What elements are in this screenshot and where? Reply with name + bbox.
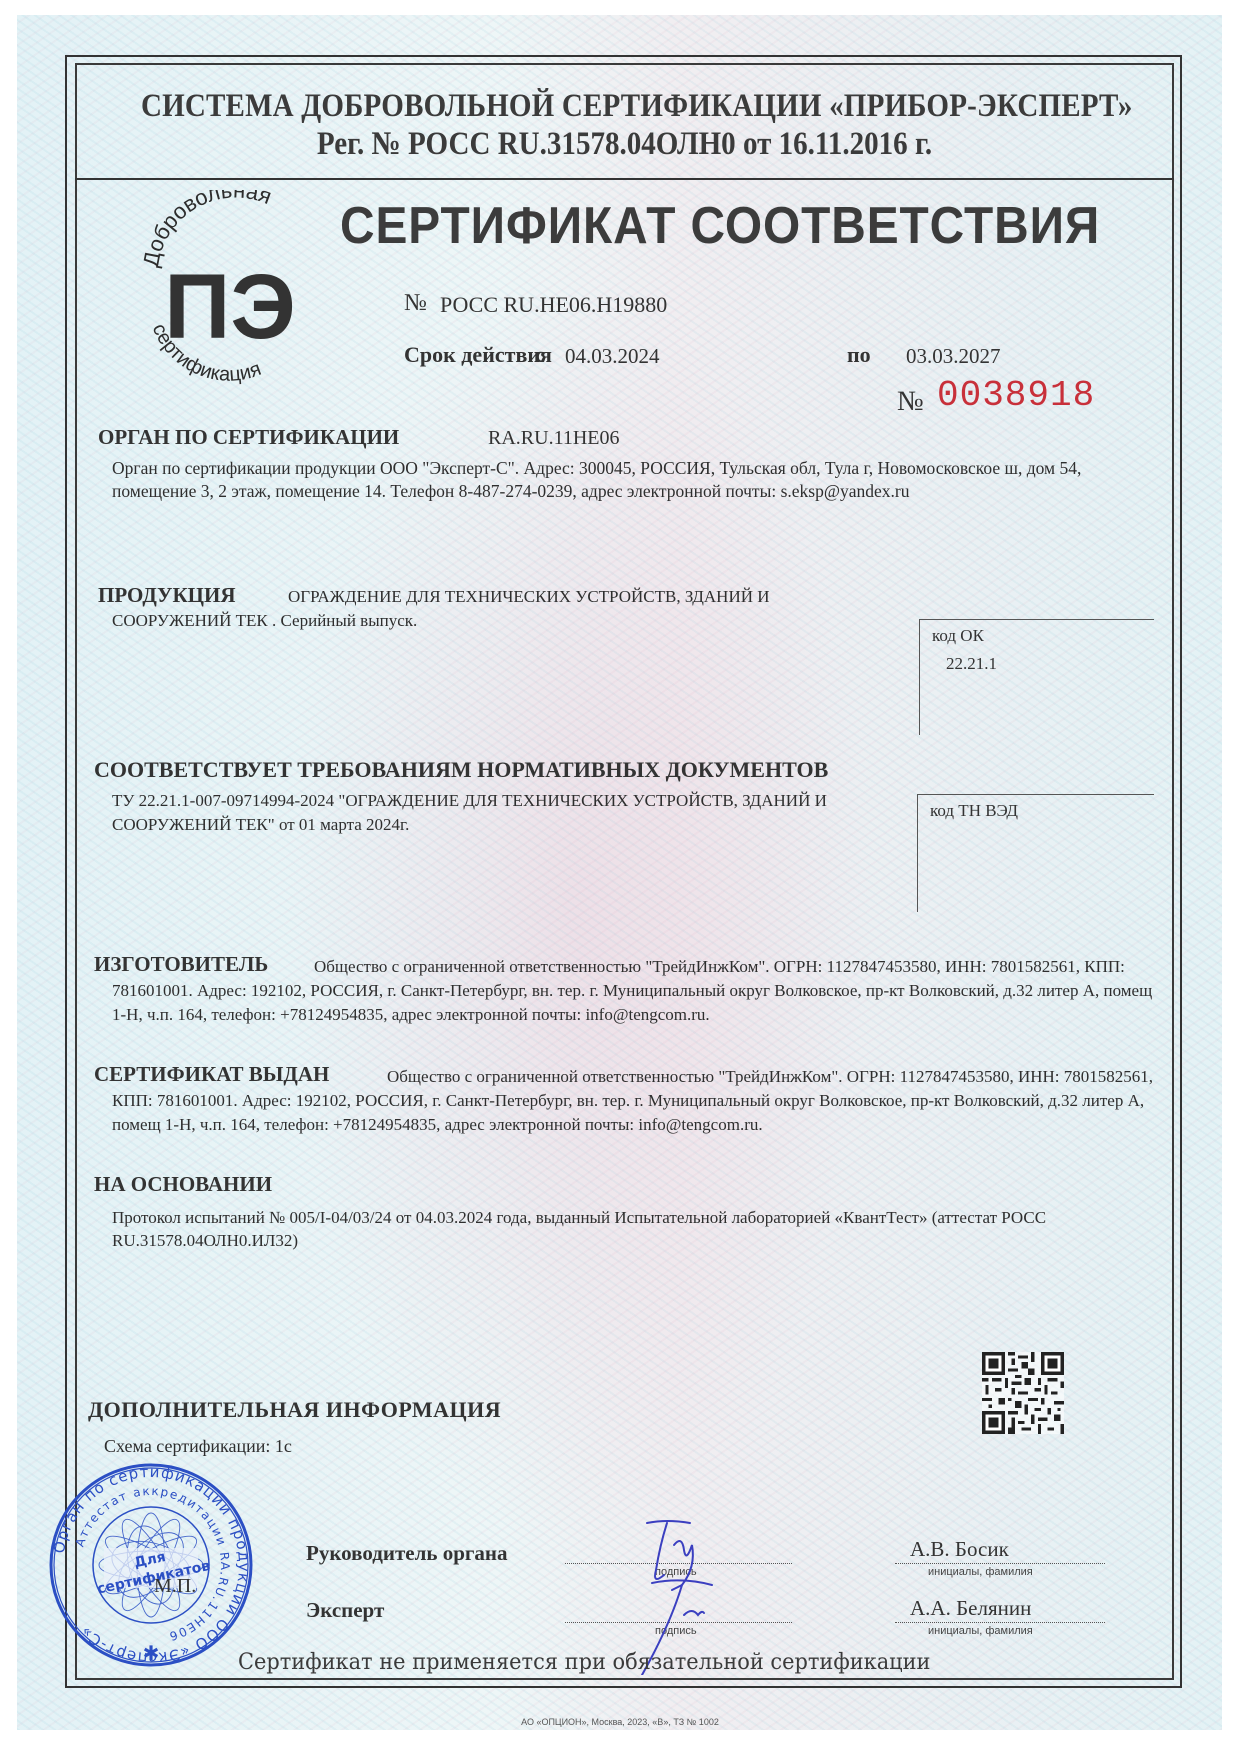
expert-name-caption: инициалы, фамилия xyxy=(928,1625,1033,1637)
additional-info-heading: ДОПОЛНИТЕЛЬНАЯ ИНФОРМАЦИЯ xyxy=(88,1397,501,1423)
tnved-code-box: код ТН ВЭД xyxy=(917,794,1154,912)
expert-role-label: Эксперт xyxy=(306,1598,384,1623)
expert-name: А.А. Белянин xyxy=(910,1596,1031,1621)
voluntary-certification-logo: Добровольная ПЭ сертификация xyxy=(140,190,320,390)
seal-place-label: М.П. xyxy=(154,1575,196,1598)
official-stamp: Орган по сертификации продукции ООО «Экс… xyxy=(46,1460,256,1670)
basis-heading: НА ОСНОВАНИИ xyxy=(94,1172,272,1197)
certificate-title: СЕРТИФИКАТ СООТВЕТСТВИЯ xyxy=(340,196,1100,256)
product-heading: ПРОДУКЦИЯ xyxy=(98,583,236,608)
norms-heading: СООТВЕТСТВУЕТ ТРЕБОВАНИЯМ НОРМАТИВНЫХ ДО… xyxy=(94,757,828,783)
head-name-line xyxy=(895,1563,1105,1564)
valid-to-date: 03.03.2027 xyxy=(906,344,1001,369)
stamp-seal-icon: Орган по сертификации продукции ООО «Экс… xyxy=(46,1460,256,1670)
head-name: А.В. Босик xyxy=(910,1537,1009,1562)
pe-logo-icon: Добровольная ПЭ сертификация xyxy=(140,190,320,390)
qr-code-icon xyxy=(982,1352,1064,1434)
head-role-label: Руководитель органа xyxy=(306,1541,508,1566)
ok-code-box: код ОК 22.21.1 xyxy=(919,619,1154,735)
product-text-line2: СООРУЖЕНИЙ ТЕК . Серийный выпуск. xyxy=(112,611,417,631)
tnved-code-label: код ТН ВЭД xyxy=(930,801,1018,821)
product-text-line1: ОГРАЖДЕНИЕ ДЛЯ ТЕХНИЧЕСКИХ УСТРОЙСТВ, ЗД… xyxy=(288,587,770,607)
validity-from-label: с xyxy=(535,342,545,368)
basis-text: Протокол испытаний № 005/I-04/03/24 от 0… xyxy=(112,1206,1162,1252)
number-label: № xyxy=(404,290,427,317)
validity-label: Срок действия xyxy=(404,342,552,368)
ok-code-label: код ОК xyxy=(932,626,984,646)
certification-body-code: RA.RU.11HE06 xyxy=(488,427,619,450)
certificate-number: РОСС RU.HE06.H19880 xyxy=(440,292,667,318)
serial-label: № xyxy=(897,386,924,418)
valid-from-date: 04.03.2024 xyxy=(565,344,660,369)
serial-number: 0038918 xyxy=(937,375,1095,416)
manufacturer-heading: ИЗГОТОВИТЕЛЬ xyxy=(94,952,268,977)
validity-to-label: по xyxy=(847,342,871,368)
issued-to-heading: СЕРТИФИКАТ ВЫДАН xyxy=(94,1062,329,1087)
ok-code-value: 22.21.1 xyxy=(946,654,997,674)
system-name: СИСТЕМА ДОБРОВОЛЬНОЙ СЕРТИФИКАЦИИ «ПРИБО… xyxy=(141,88,1108,125)
logo-letters: ПЭ xyxy=(164,256,296,358)
certification-scheme: Схема сертификации: 1с xyxy=(104,1436,292,1457)
norms-text: ТУ 22.21.1-007-09714994-2024 "ОГРАЖДЕНИЕ… xyxy=(112,789,902,837)
header-divider xyxy=(75,178,1174,180)
qr-code[interactable] xyxy=(982,1352,1064,1434)
manufacturer-text: Общество с ограниченной ответственностью… xyxy=(112,955,1162,1027)
expert-name-line xyxy=(895,1622,1105,1623)
printer-imprint: АО «ОПЦИОН», Москва, 2023, «В», ТЗ № 100… xyxy=(0,1717,1240,1727)
certification-body-text: Орган по сертификации продукции ООО "Экс… xyxy=(112,457,1162,503)
svg-text:✱: ✱ xyxy=(143,1641,160,1665)
head-name-caption: инициалы, фамилия xyxy=(928,1566,1033,1578)
voluntary-notice: Сертификат не применяется при обязательн… xyxy=(238,1650,930,1675)
system-registration: Рег. № РОСС RU.31578.04ОЛН0 от 16.11.201… xyxy=(141,126,1108,163)
certification-body-heading: ОРГАН ПО СЕРТИФИКАЦИИ xyxy=(98,425,399,450)
